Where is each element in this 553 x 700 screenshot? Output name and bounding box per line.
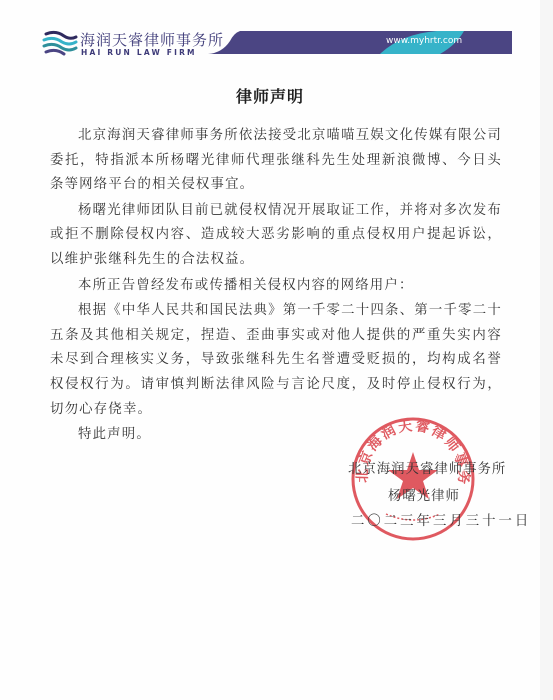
paragraph-warning-intro: 本所正告曾经发布或传播相关侵权内容的网络用户：	[50, 274, 502, 299]
signature-lawyer: 杨曙光律师	[388, 485, 460, 504]
paragraph-commission: 北京海润天睿律师事务所依法接受北京喵喵互娱文化传媒有限公司委托，特指派本所杨曙光…	[50, 124, 502, 198]
signature-date: 二〇二三年三月三十一日	[351, 510, 531, 529]
paragraph-legal-basis: 根据《中华人民共和国民法典》第一千零二十四条、第一千零二十五条及其他相关规定，捏…	[50, 299, 502, 422]
page-edge	[540, 0, 553, 700]
header-banner	[208, 31, 512, 54]
page-title: 律师声明	[0, 84, 540, 107]
firm-name-cn: 海润天睿律师事务所	[80, 29, 224, 50]
firm-logo-icon	[42, 30, 78, 56]
firm-name-en: HAI RUN LAW FIRM	[81, 48, 197, 57]
website-link[interactable]: www.myhrtr.com	[386, 36, 462, 46]
signature-firm: 北京海润天睿律师事务所	[348, 458, 506, 477]
statement-body: 北京海润天睿律师事务所依法接受北京喵喵互娱文化传媒有限公司委托，特指派本所杨曙光…	[50, 124, 502, 448]
paragraph-evidence: 杨曙光律师团队目前已就侵权情况开展取证工作，并将对多次发布或拒不删除侵权内容、造…	[50, 199, 502, 273]
